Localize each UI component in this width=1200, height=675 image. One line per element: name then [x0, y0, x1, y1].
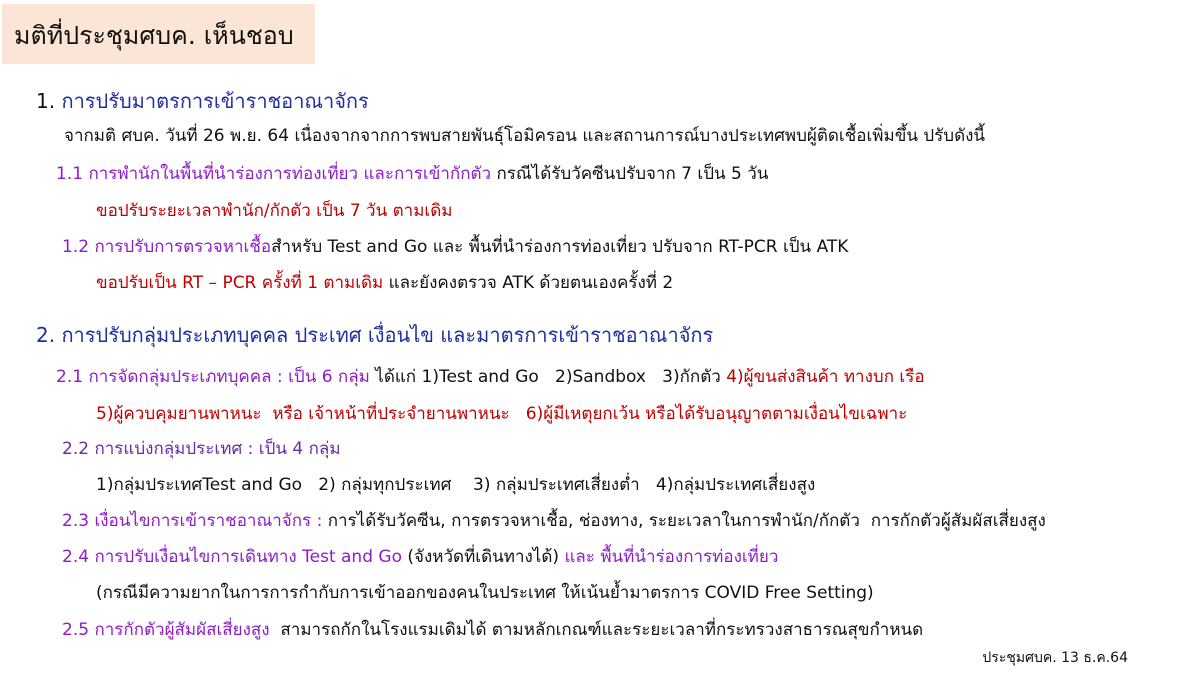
item-2-4: 2.4 การปรับเงื่อนไขการเดินทาง Test and G… [62, 546, 778, 568]
item-1-2-label: 1.2 การปรับการตรวจหาเชื้อ [62, 237, 271, 257]
item-2-3-text: การได้รับวัคซีน, การตรวจหาเชื้อ, ช่องทาง… [322, 511, 1046, 531]
item-1-2: 1.2 การปรับการตรวจหาเชื้อสำหรับ Test and… [62, 236, 848, 258]
item-1-2-text: สำหรับ Test and Go และ พื้นที่นำร่องการท… [271, 237, 848, 257]
item-1-1: 1.1 การพำนักในพื้นที่นำร่องการท่องเที่ยว… [56, 163, 768, 185]
section1-intro: จากมติ ศบค. วันที่ 26 พ.ย. 64 เนื่องจากจ… [64, 125, 985, 147]
item-2-1-line2: 5)ผู้ควบคุมยานพาหนะ หรือ เจ้าหน้าที่ประจ… [96, 403, 907, 425]
item-1-2-resolution-red: ขอปรับเป็น RT – PCR ครั้งที่ 1 ตามเดิม [96, 273, 383, 293]
section1-heading-text: การปรับมาตรการเข้าราชอาณาจักร [61, 89, 368, 113]
item-2-1: 2.1 การจัดกลุ่มประเภทบุคคล : เป็น 6 กลุ่… [56, 366, 925, 388]
slide-title-box: มติที่ประชุมศบค. เห็นชอบ [2, 4, 315, 64]
section1-heading: 1. การปรับมาตรการเข้าราชอาณาจักร [36, 88, 369, 114]
item-1-2-resolution: ขอปรับเป็น RT – PCR ครั้งที่ 1 ตามเดิม แ… [96, 272, 673, 294]
item-1-1-label: 1.1 การพำนักในพื้นที่นำร่องการท่องเที่ยว… [56, 164, 491, 184]
slide-title: มติที่ประชุมศบค. เห็นชอบ [14, 16, 294, 56]
section2-heading: 2. การปรับกลุ่มประเภทบุคคล ประเทศ เงื่อน… [36, 322, 713, 348]
item-1-1-resolution: ขอปรับระยะเวลาพำนัก/กักตัว เป็น 7 วัน ตา… [96, 200, 452, 222]
item-2-1-text-red: 4)ผู้ขนส่งสินค้า ทางบก เรือ [726, 367, 924, 387]
item-2-3: 2.3 เงื่อนไขการเข้าราชอาณาจักร : การได้ร… [62, 510, 1046, 532]
item-2-4-label: 2.4 การปรับเงื่อนไขการเดินทาง Test and G… [62, 547, 402, 567]
item-1-1-text: กรณีได้รับวัคซีนปรับจาก 7 เป็น 5 วัน [491, 164, 768, 184]
item-1-2-resolution-black: และยังคงตรวจ ATK ด้วยตนเองครั้งที่ 2 [383, 273, 673, 293]
item-2-3-label: 2.3 เงื่อนไขการเข้าราชอาณาจักร : [62, 511, 322, 531]
item-2-4-line2: (กรณีมีความยากในการการกำกับการเข้าออกของ… [96, 582, 874, 604]
item-2-2-label: 2.2 การแบ่งกลุ่มประเทศ : เป็น 4 กลุ่ม [62, 438, 341, 460]
item-2-5-label: 2.5 การกักตัวผู้สัมผัสเสี่ยงสูง [62, 620, 270, 640]
section1-number: 1. [36, 89, 55, 113]
item-2-5: 2.5 การกักตัวผู้สัมผัสเสี่ยงสูง สามารถกั… [62, 619, 923, 641]
slide-footer: ประชุมศบค. 13 ธ.ค.64 [982, 647, 1128, 669]
item-2-5-text: สามารถกักในโรงแรมเดิมได้ ตามหลักเกณฑ์และ… [270, 620, 924, 640]
item-2-1-label: 2.1 การจัดกลุ่มประเภทบุคคล : เป็น 6 กลุ่… [56, 367, 370, 387]
item-2-4-text: (จังหวัดที่เดินทางได้) [402, 547, 564, 567]
item-2-4-label2: และ พื้นที่นำร่องการท่องเที่ยว [564, 547, 778, 567]
item-2-1-text: ได้แก่ 1)Test and Go 2)Sandbox 3)กักตัว [370, 367, 726, 387]
item-2-2-line2: 1)กลุ่มประเทศTest and Go 2) กลุ่มทุกประเ… [96, 474, 815, 496]
